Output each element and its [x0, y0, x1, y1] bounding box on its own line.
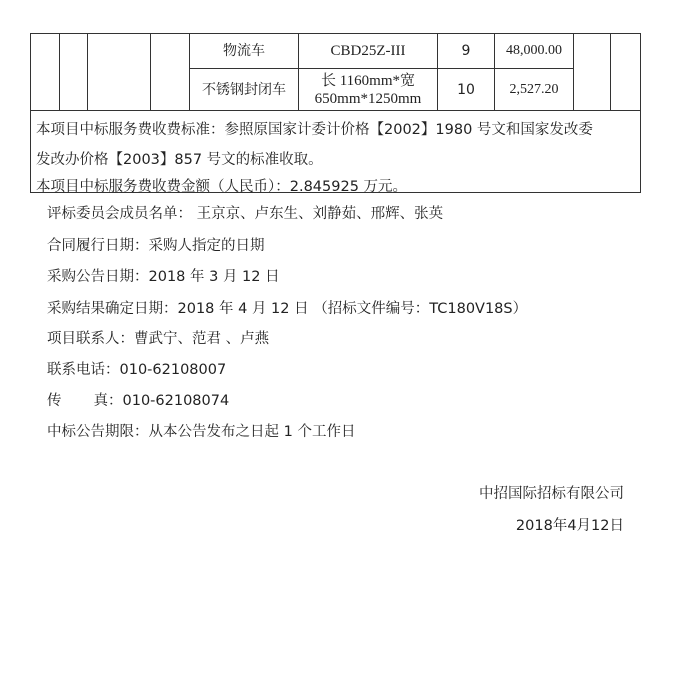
- project-contacts: 项目联系人：曹武宁、范君 、卢燕: [47, 327, 269, 348]
- announcement-period: 中标公告期限：从本公告发布之日起 1 个工作日: [47, 420, 355, 441]
- fee-standard-text: 本项目中标服务费收费标准：参照原国家计委计价格【2002】1980 号文和国家发…: [36, 118, 593, 139]
- contract-date: 合同履行日期：采购人指定的日期: [47, 234, 265, 255]
- fee-amount-text: 本项目中标服务费收费金额（人民币）：2.845925 万元。: [36, 175, 407, 196]
- fee-standard-text-cont: 发改办价格【2003】857 号文的标准收取。: [36, 148, 323, 169]
- table-col-divider: [59, 34, 60, 110]
- table-cell-spec: 长 1160mm*宽 650mm*1250mm: [299, 69, 437, 110]
- table-row-divider: [31, 110, 640, 111]
- table-cell-amount: 48,000.00: [495, 34, 573, 68]
- fax-value: 真：010-62108074: [94, 393, 230, 409]
- signature-date: 2018年4月12日: [516, 514, 624, 535]
- table-col-divider: [573, 34, 574, 110]
- table-cell-spec: CBD25Z-III: [299, 34, 437, 68]
- spec-line: 650mm*1250mm: [315, 90, 422, 108]
- fax: 传真：010-62108074: [47, 389, 229, 410]
- announcement-date: 采购公告日期：2018 年 3 月 12 日: [47, 265, 280, 286]
- table-col-divider: [610, 34, 611, 110]
- table-col-divider: [150, 34, 151, 110]
- table-cell-qty: 9: [438, 34, 494, 68]
- table-cell-qty: 10: [438, 69, 494, 110]
- bid-result-table: 物流车 CBD25Z-III 9 48,000.00 不锈钢封闭车 长 1160…: [30, 33, 641, 193]
- spec-line: 长 1160mm*宽: [321, 72, 415, 90]
- company-name: 中招国际招标有限公司: [479, 482, 624, 503]
- table-cell-item: 物流车: [190, 34, 298, 68]
- table-col-divider: [87, 34, 88, 110]
- committee-members: 评标委员会成员名单： 王京京、卢东生、刘静茹、邢辉、张英: [47, 202, 443, 223]
- contact-phone: 联系电话：010-62108007: [47, 358, 226, 379]
- result-date: 采购结果确定日期：2018 年 4 月 12 日 （招标文件编号：TC180V1…: [47, 297, 527, 318]
- fax-label: 传: [47, 393, 62, 409]
- table-cell-amount: 2,527.20: [495, 69, 573, 110]
- table-cell-item: 不锈钢封闭车: [190, 69, 298, 110]
